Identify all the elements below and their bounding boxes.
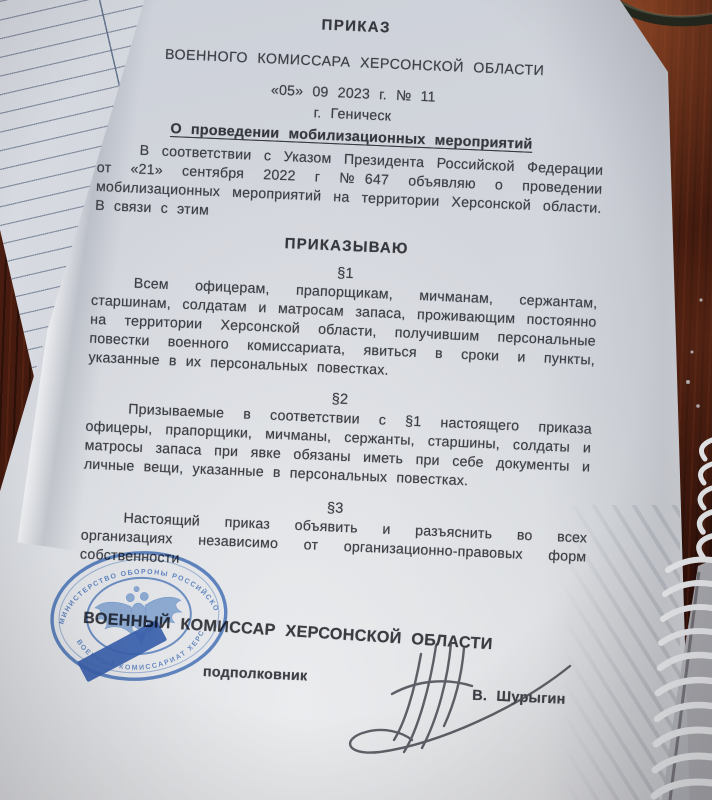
- signature-scribble: [318, 636, 578, 786]
- section-1-text: Всем офицерам, прапорщикам, мичманам, се…: [88, 273, 598, 390]
- photo-of-document: ПРИКАЗ ВОЕННОГО КОМИССАРА ХЕРСОНСКОЙ ОБЛ…: [0, 0, 712, 800]
- official-stamp: МИНИСТЕРСТВО ОБОРОНЫ РОССИЙСКОЙ ФЕДЕРАЦИ…: [32, 533, 246, 700]
